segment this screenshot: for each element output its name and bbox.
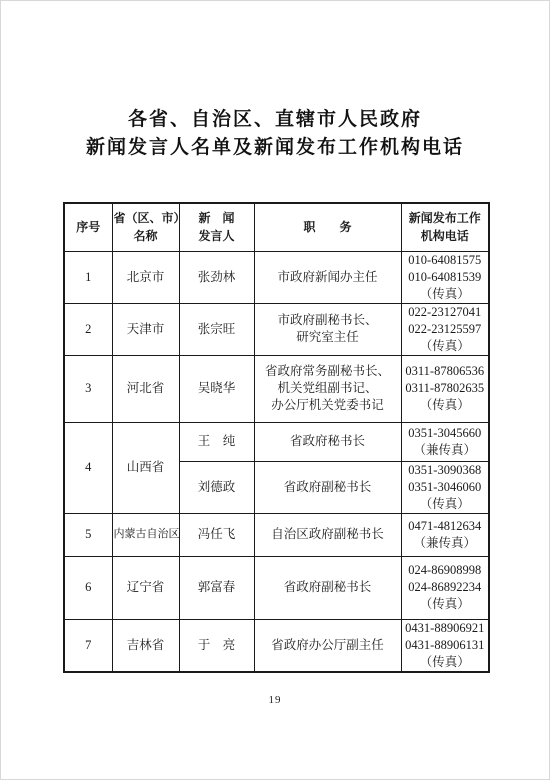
table-row: 2 天津市 张宗旺 市政府副秘书长、 研究室主任 022-23127041 02… xyxy=(64,303,489,355)
cell-province: 吉林省 xyxy=(112,619,179,672)
cell-phone: 0471-4812634 （兼传真） xyxy=(401,513,489,556)
cell-index: 4 xyxy=(64,422,112,513)
cell-province: 天津市 xyxy=(112,303,179,355)
cell-province: 内蒙古自治区 xyxy=(112,513,179,556)
table-row: 4 山西省 王 纯 省政府秘书长 0351-3045660 （兼传真） xyxy=(64,422,489,461)
header-index: 序号 xyxy=(64,203,112,251)
page-title-line-2: 新闻发言人名单及新闻发布工作机构电话 xyxy=(0,134,550,162)
cell-speaker: 张劲林 xyxy=(179,251,254,303)
cell-duty: 省政府办公厅副主任 xyxy=(254,619,401,672)
header-phone: 新闻发布工作 机构电话 xyxy=(401,203,489,251)
cell-index: 7 xyxy=(64,619,112,672)
cell-province: 辽宁省 xyxy=(112,556,179,619)
cell-duty: 省政府副秘书长 xyxy=(254,556,401,619)
page-title-line-1: 各省、自治区、直辖市人民政府 xyxy=(0,106,550,134)
header-province: 省（区、市） 名称 xyxy=(112,203,179,251)
table-row: 3 河北省 吴晓华 省政府常务副秘书长、 机关党组副书记、 办公厅机关党委书记 … xyxy=(64,355,489,422)
cell-speaker: 冯任飞 xyxy=(179,513,254,556)
cell-duty: 省政府常务副秘书长、 机关党组副书记、 办公厅机关党委书记 xyxy=(254,355,401,422)
cell-duty: 省政府副秘书长 xyxy=(254,461,401,513)
cell-duty: 市政府新闻办主任 xyxy=(254,251,401,303)
cell-index: 5 xyxy=(64,513,112,556)
cell-phone: 024-86908998 024-86892234 （传真） xyxy=(401,556,489,619)
cell-phone: 0351-3090368 0351-3046060 （传真） xyxy=(401,461,489,513)
cell-phone: 0431-88906921 0431-88906131 （传真） xyxy=(401,619,489,672)
document-page: 各省、自治区、直辖市人民政府 新闻发言人名单及新闻发布工作机构电话 序号 省（区… xyxy=(0,0,550,780)
page-title: 各省、自治区、直辖市人民政府 新闻发言人名单及新闻发布工作机构电话 xyxy=(0,0,550,162)
cell-phone: 022-23127041 022-23125597 （传真） xyxy=(401,303,489,355)
cell-speaker: 吴晓华 xyxy=(179,355,254,422)
cell-speaker: 王 纯 xyxy=(179,422,254,461)
table-row: 1 北京市 张劲林 市政府新闻办主任 010-64081575 010-6408… xyxy=(64,251,489,303)
table-header-row: 序号 省（区、市） 名称 新 闻 发言人 职 务 新闻发布工作 机构电话 xyxy=(64,203,489,251)
table-row: 6 辽宁省 郭富春 省政府副秘书长 024-86908998 024-86892… xyxy=(64,556,489,619)
cell-province: 北京市 xyxy=(112,251,179,303)
cell-index: 2 xyxy=(64,303,112,355)
header-speaker: 新 闻 发言人 xyxy=(179,203,254,251)
cell-duty: 自治区政府副秘书长 xyxy=(254,513,401,556)
cell-duty: 省政府秘书长 xyxy=(254,422,401,461)
cell-speaker: 刘德政 xyxy=(179,461,254,513)
cell-speaker: 郭富春 xyxy=(179,556,254,619)
cell-index: 6 xyxy=(64,556,112,619)
table-row: 7 吉林省 于 亮 省政府办公厅副主任 0431-88906921 0431-8… xyxy=(64,619,489,672)
cell-speaker: 于 亮 xyxy=(179,619,254,672)
cell-phone: 010-64081575 010-64081539 （传真） xyxy=(401,251,489,303)
cell-province: 河北省 xyxy=(112,355,179,422)
cell-duty: 市政府副秘书长、 研究室主任 xyxy=(254,303,401,355)
header-duty: 职 务 xyxy=(254,203,401,251)
cell-phone: 0351-3045660 （兼传真） xyxy=(401,422,489,461)
cell-speaker: 张宗旺 xyxy=(179,303,254,355)
cell-index: 3 xyxy=(64,355,112,422)
page-number: 19 xyxy=(0,694,550,706)
cell-province: 山西省 xyxy=(112,422,179,513)
cell-phone: 0311-87806536 0311-87802635 （传真） xyxy=(401,355,489,422)
table-row: 5 内蒙古自治区 冯任飞 自治区政府副秘书长 0471-4812634 （兼传真… xyxy=(64,513,489,556)
spokesperson-table: 序号 省（区、市） 名称 新 闻 发言人 职 务 新闻发布工作 机构电话 1 北… xyxy=(63,202,490,673)
cell-index: 1 xyxy=(64,251,112,303)
